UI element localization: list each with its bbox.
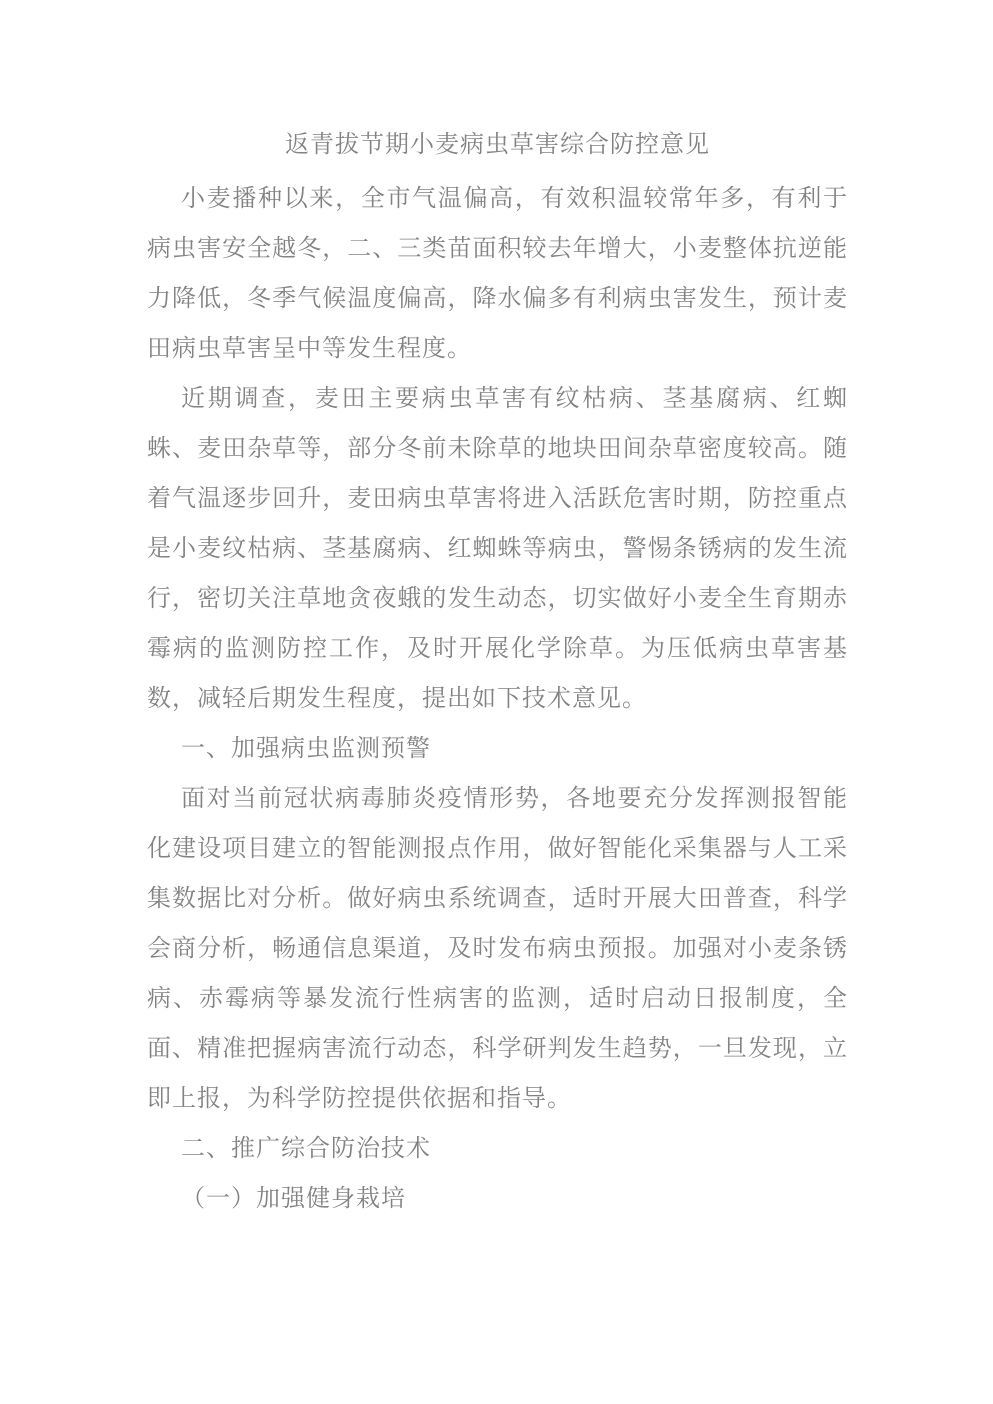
paragraph: 小麦播种以来，全市气温偏高，有效积温较常年多，有利于病虫害安全越冬，二、三类苗面…: [147, 174, 848, 374]
paragraph: 近期调查，麦田主要病虫草害有纹枯病、茎基腐病、红蜘蛛、麦田杂草等，部分冬前未除草…: [147, 374, 848, 724]
section-heading: 二、推广综合防治技术: [147, 1124, 848, 1174]
document-page: 返青拔节期小麦病虫草害综合防控意见小麦播种以来，全市气温偏高，有效积温较常年多，…: [0, 0, 993, 1404]
section-heading: （一）加强健身栽培: [147, 1174, 848, 1224]
section-heading: 一、加强病虫监测预警: [147, 724, 848, 774]
document-title: 返青拔节期小麦病虫草害综合防控意见: [147, 120, 848, 170]
paragraph: 面对当前冠状病毒肺炎疫情形势，各地要充分发挥测报智能化建设项目建立的智能测报点作…: [147, 774, 848, 1124]
document-content: 返青拔节期小麦病虫草害综合防控意见小麦播种以来，全市气温偏高，有效积温较常年多，…: [147, 120, 848, 1224]
